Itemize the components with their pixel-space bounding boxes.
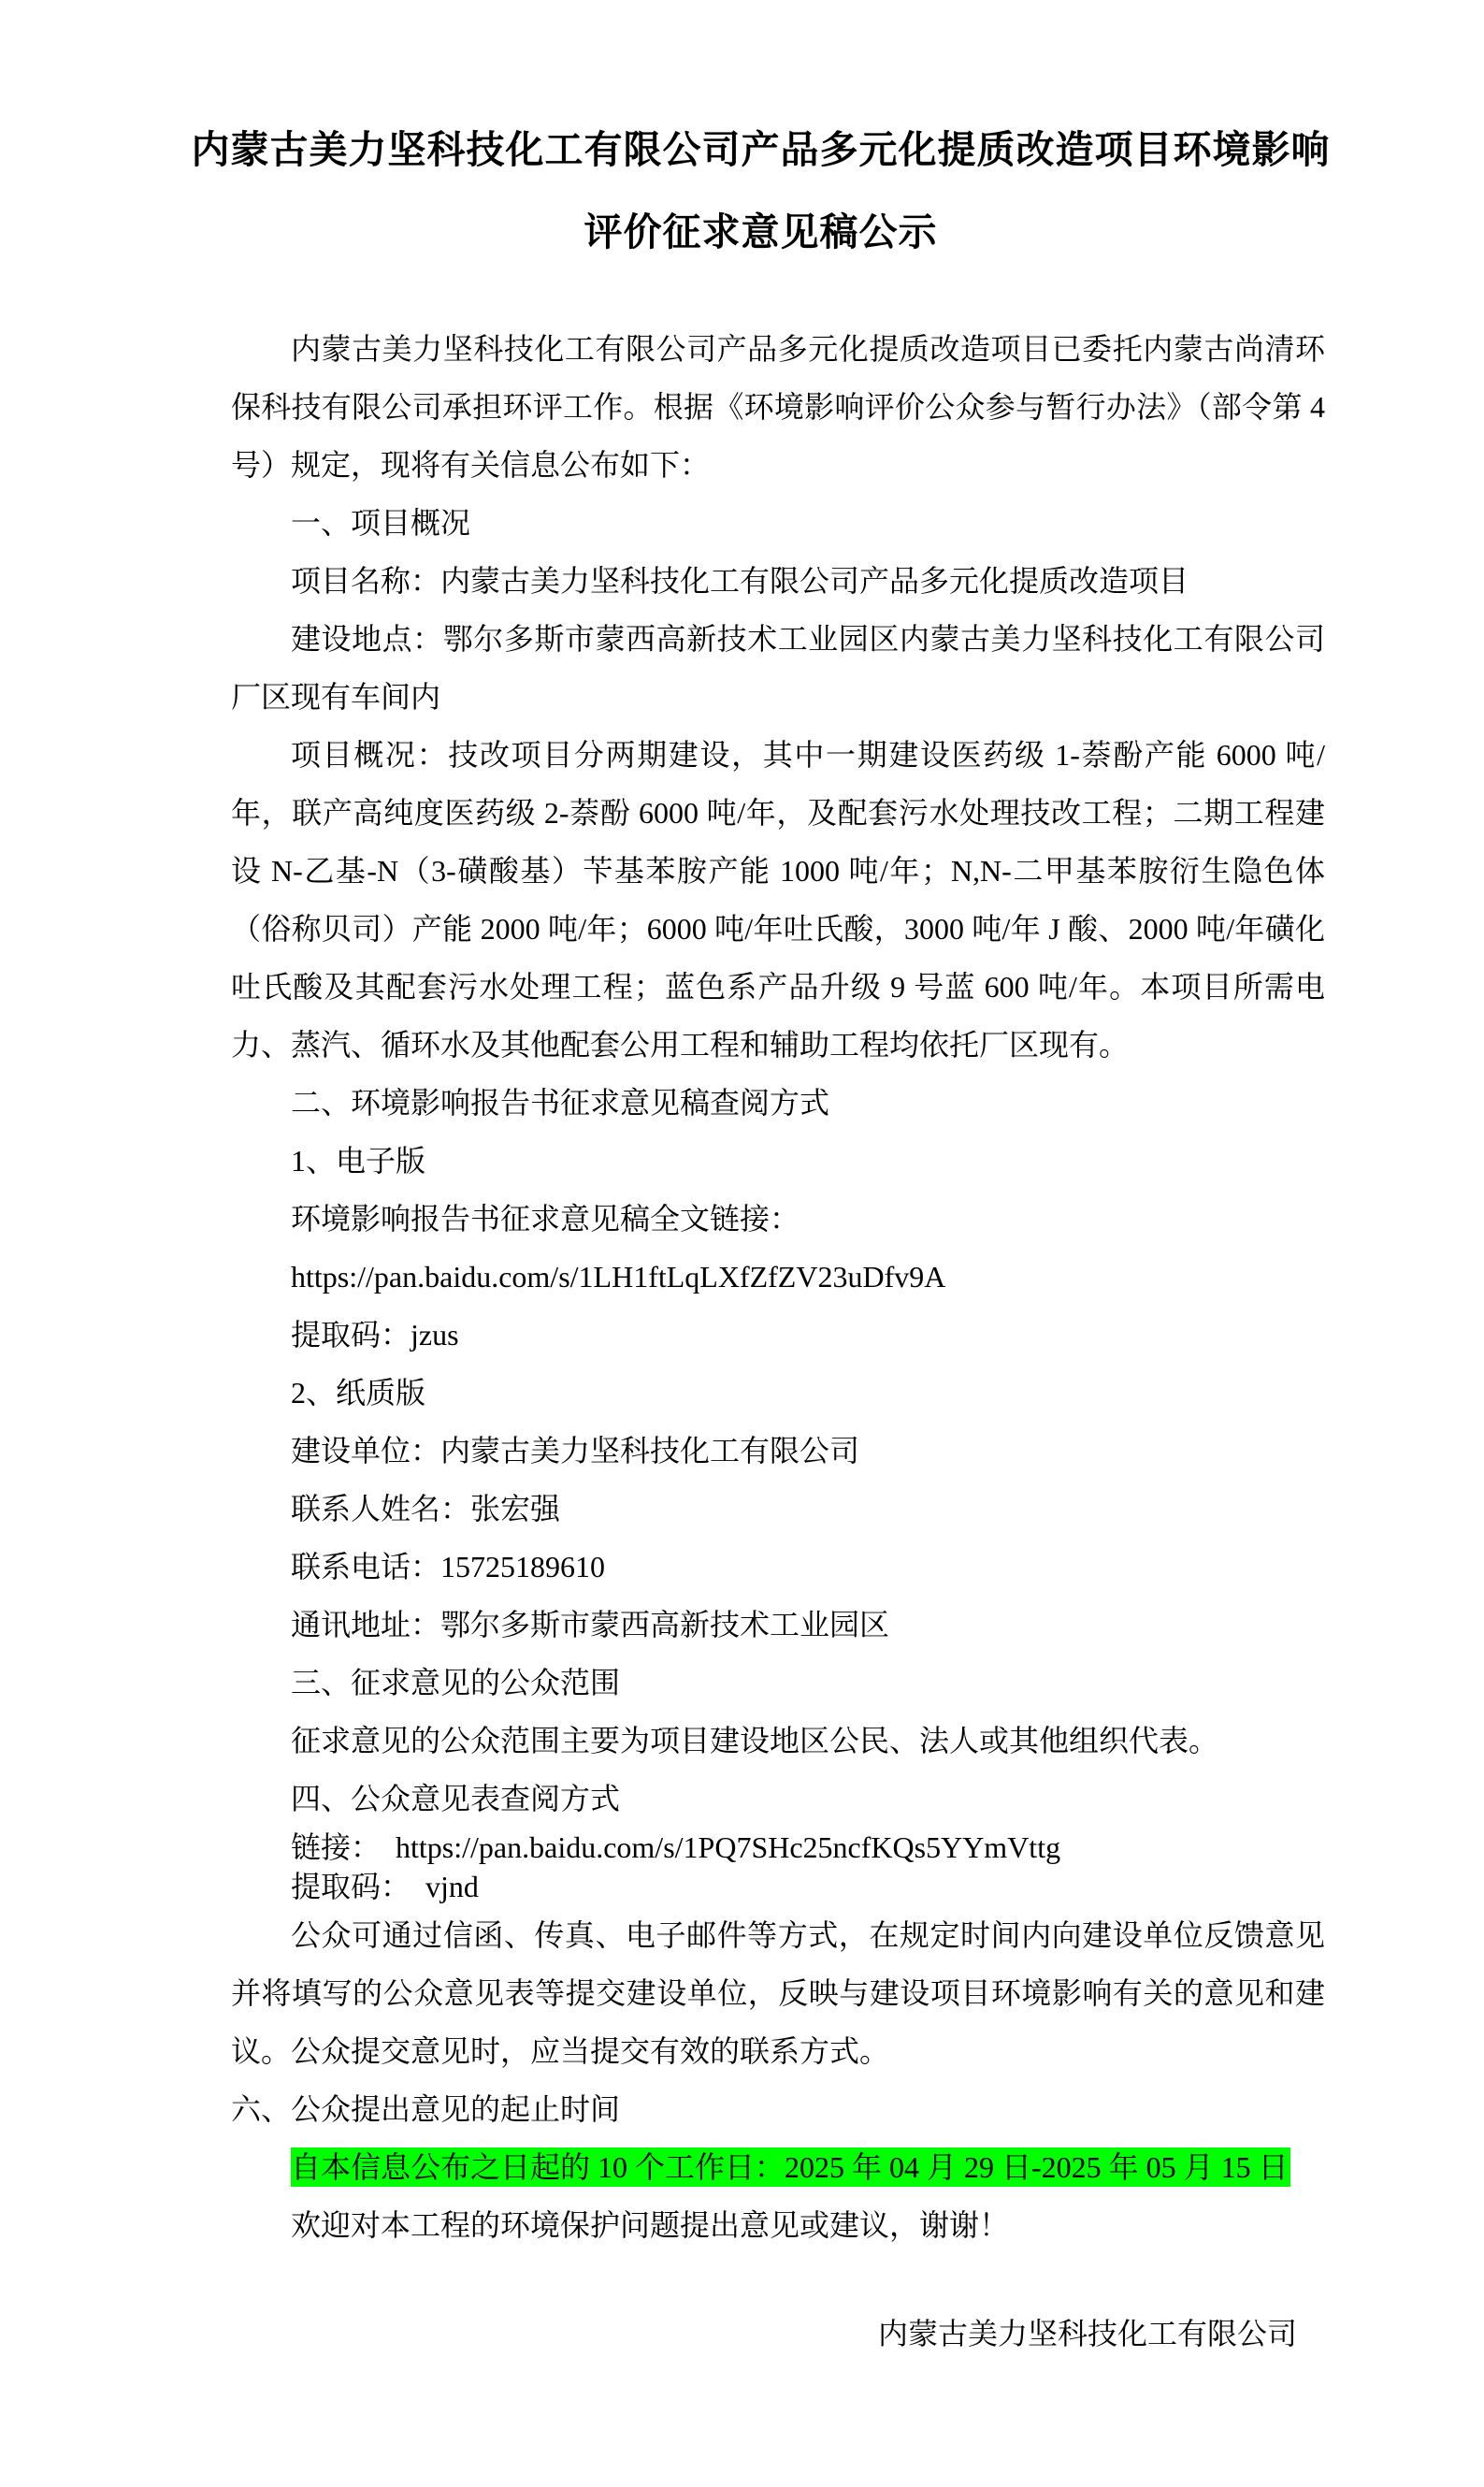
report-link-code: 提取码：jzus <box>231 1306 1325 1364</box>
construction-site-line: 建设地点：鄂尔多斯市蒙西高新技术工业园区内蒙古美力坚科技化工有限公司厂区现有车间… <box>231 610 1325 726</box>
contact-name-line: 联系人姓名：张宏强 <box>231 1480 1325 1538</box>
paper-version-heading: 2、纸质版 <box>231 1364 1325 1422</box>
report-link-label: 环境影响报告书征求意见稿全文链接： <box>231 1190 1325 1248</box>
public-scope-paragraph: 征求意见的公众范围主要为项目建设地区公民、法人或其他组织代表。 <box>231 1712 1325 1770</box>
section-3-heading: 三、征求意见的公众范围 <box>231 1654 1325 1712</box>
form-code-line: 提取码： vjnd <box>231 1867 1325 1906</box>
construction-unit-line: 建设单位：内蒙古美力坚科技化工有限公司 <box>231 1422 1325 1480</box>
document-page: 内蒙古美力坚科技化工有限公司产品多元化提质改造项目环境影响评价征求意见稿公示 内… <box>0 0 1484 2487</box>
section-2-heading: 二、环境影响报告书征求意见稿查阅方式 <box>231 1074 1325 1132</box>
feedback-paragraph: 公众可通过信函、传真、电子邮件等方式，在规定时间内向建设单位反馈意见并将填写的公… <box>231 1906 1325 2080</box>
project-name-line: 项目名称：内蒙古美力坚科技化工有限公司产品多元化提质改造项目 <box>231 552 1325 610</box>
intro-paragraph: 内蒙古美力坚科技化工有限公司产品多元化提质改造项目已委托内蒙古尚清环保科技有限公… <box>231 320 1325 494</box>
project-overview-paragraph: 项目概况：技改项目分两期建设，其中一期建设医药级 1-萘酚产能 6000 吨/年… <box>231 726 1325 1074</box>
electronic-version-heading: 1、电子版 <box>231 1132 1325 1190</box>
form-link-line: 链接： https://pan.baidu.com/s/1PQ7SHc25ncf… <box>231 1828 1325 1867</box>
mailing-address-line: 通讯地址：鄂尔多斯市蒙西高新技术工业园区 <box>231 1596 1325 1654</box>
document-body: 内蒙古美力坚科技化工有限公司产品多元化提质改造项目已委托内蒙古尚清环保科技有限公… <box>231 320 1325 2363</box>
report-link-url: https://pan.baidu.com/s/1LH1ftLqLXfZfZV2… <box>231 1248 1325 1306</box>
deadline-highlight-paragraph: 自本信息公布之日起的 10 个工作日：2025 年 04 月 29 日-2025… <box>231 2138 1325 2196</box>
document-title: 内蒙古美力坚科技化工有限公司产品多元化提质改造项目环境影响评价征求意见稿公示 <box>187 108 1334 273</box>
deadline-highlight-line: 自本信息公布之日起的 10 个工作日：2025 年 04 月 29 日-2025… <box>291 2147 1290 2187</box>
section-6-heading: 六、公众提出意见的起止时间 <box>231 2080 1325 2138</box>
section-4-heading: 四、公众意见表查阅方式 <box>231 1770 1325 1828</box>
signature-line: 内蒙古美力坚科技化工有限公司 <box>231 2305 1325 2363</box>
closing-line: 欢迎对本工程的环境保护问题提出意见或建议，谢谢！ <box>231 2196 1325 2254</box>
section-1-heading: 一、项目概况 <box>231 494 1325 552</box>
contact-phone-line: 联系电话：15725189610 <box>231 1538 1325 1596</box>
